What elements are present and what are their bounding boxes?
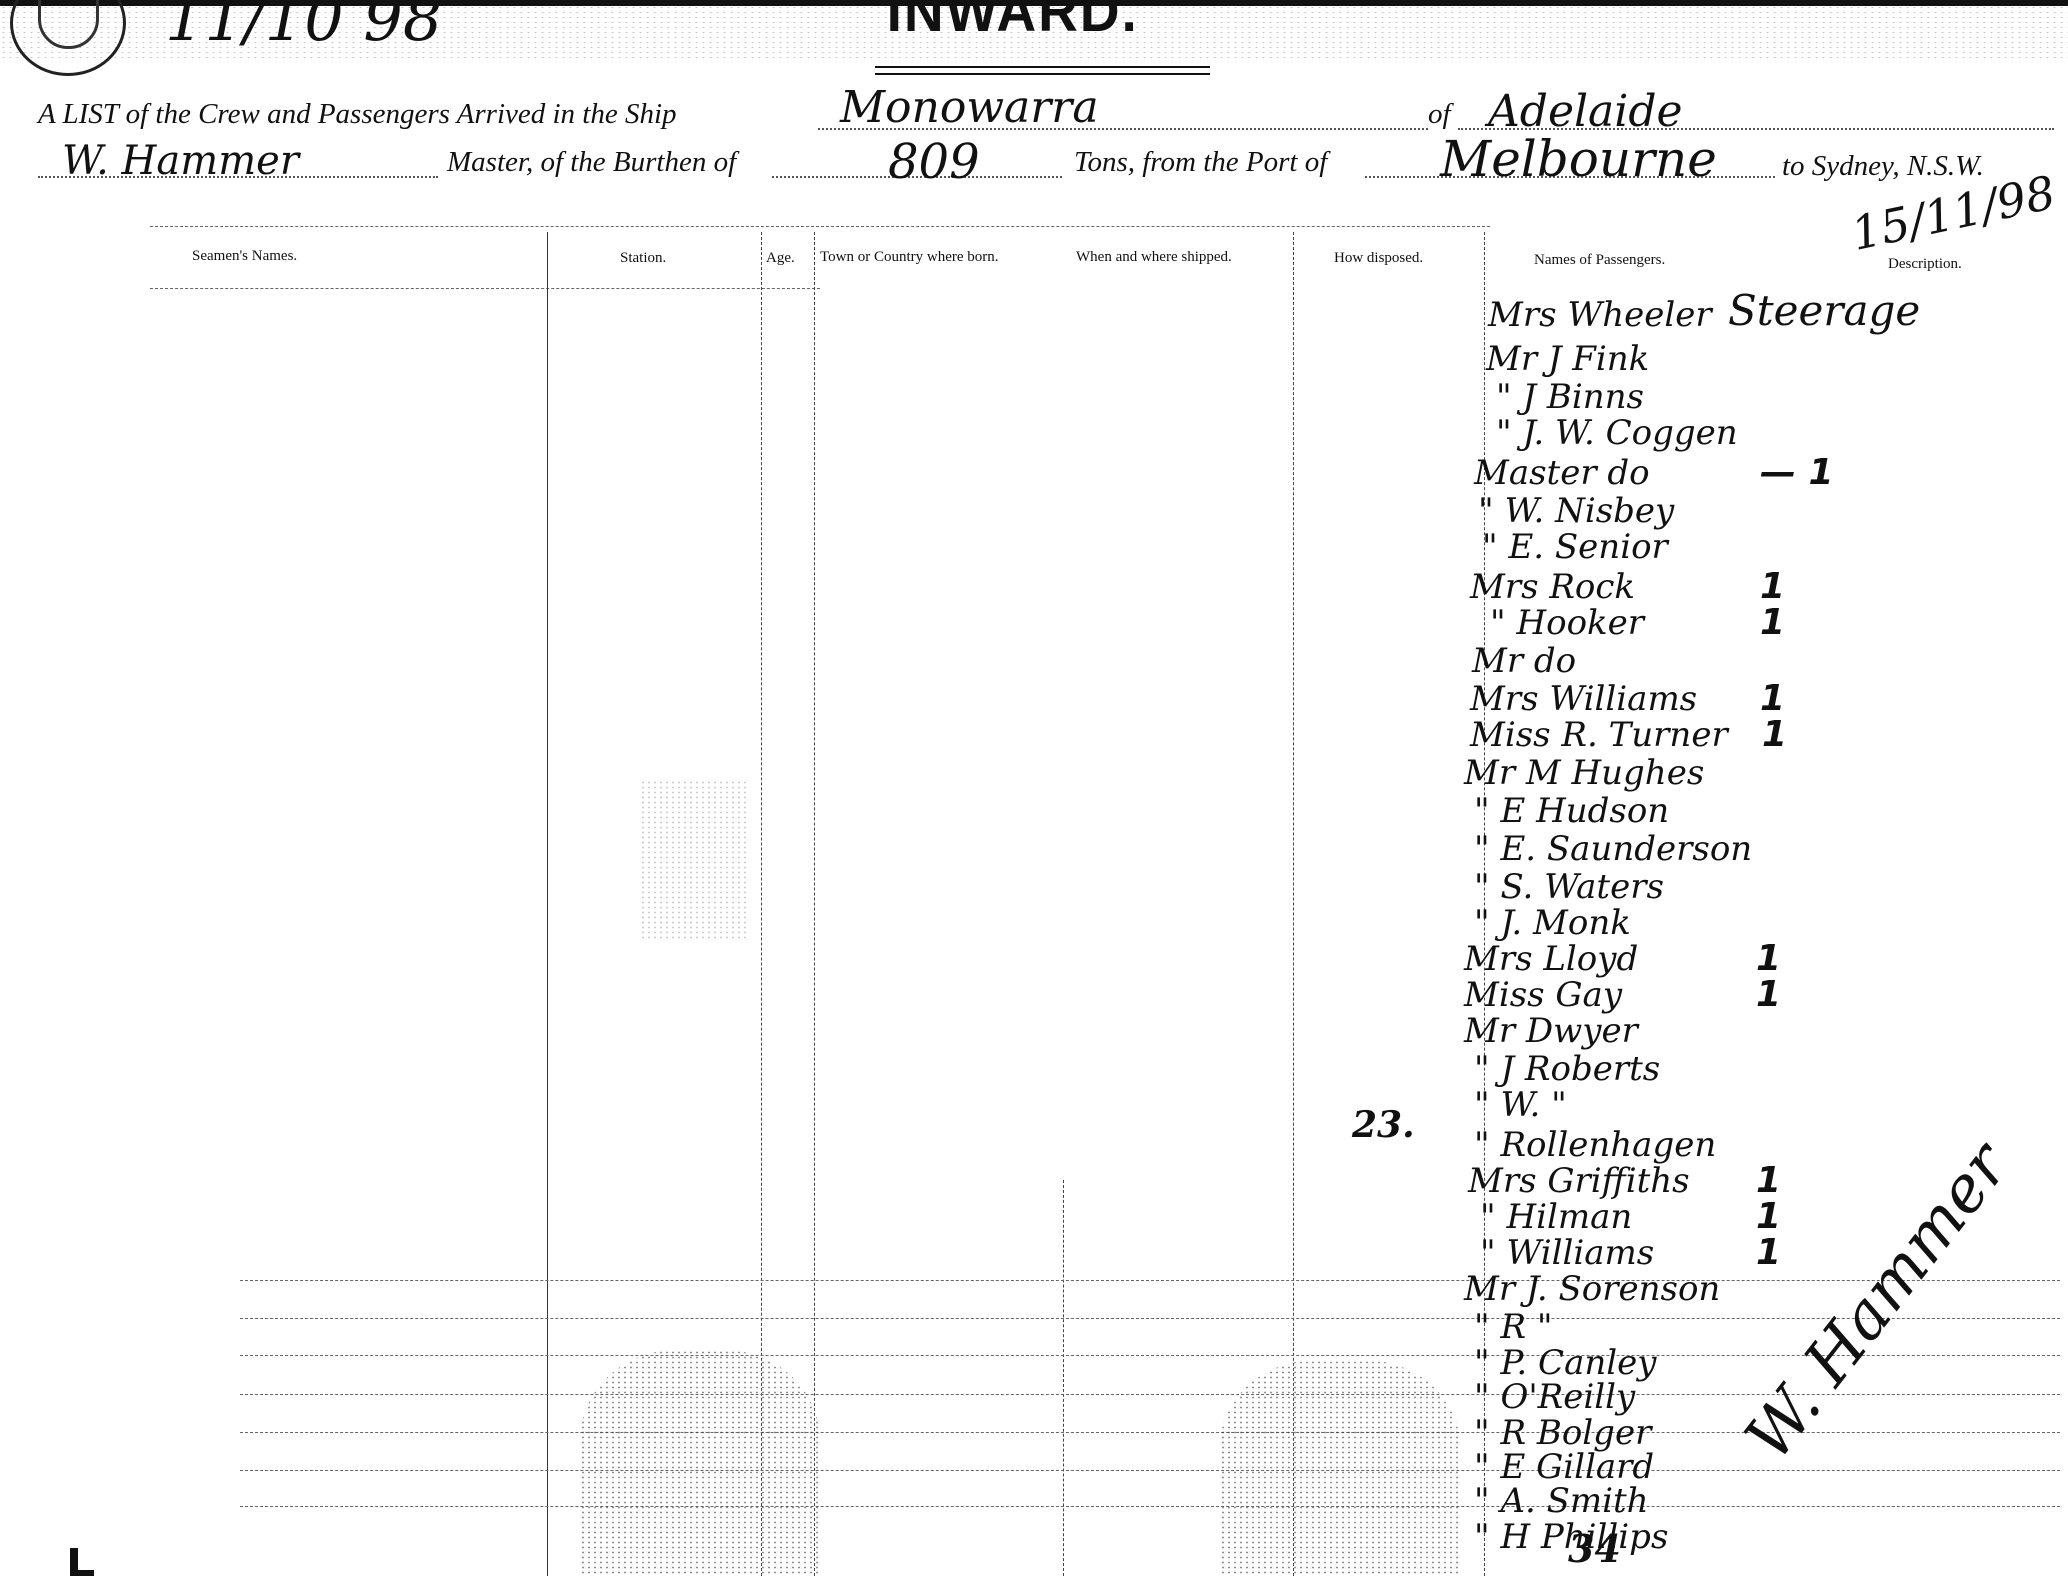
passenger-name: Mrs Williams <box>1470 682 1697 716</box>
scan-noise <box>580 1350 820 1576</box>
passenger-name: " W. " <box>1474 1088 1567 1122</box>
passenger-name: Miss Gay <box>1464 978 1622 1012</box>
passenger-name: " J Binns <box>1496 380 1644 414</box>
passenger-name: " R Bolger <box>1474 1416 1651 1450</box>
passenger-name: " Williams <box>1480 1236 1654 1270</box>
passenger-count-mark: 1 <box>1760 566 1785 607</box>
row-rule <box>240 1506 2060 1507</box>
passenger-name: " J Roberts <box>1474 1052 1660 1086</box>
passenger-name: " E Gillard <box>1474 1450 1654 1484</box>
col-divider-1 <box>547 232 548 1576</box>
of-label: of <box>1428 98 1451 131</box>
passenger-name: Mrs Lloyd <box>1464 942 1638 976</box>
passenger-count-mark: 1 <box>1756 1196 1781 1237</box>
row-rule <box>240 1318 2060 1319</box>
passenger-count-mark: 1 <box>1756 974 1781 1015</box>
col-divider-4 <box>1063 1180 1064 1576</box>
page-title: INWARD. <box>887 0 1139 45</box>
scan-noise <box>640 780 750 940</box>
passenger-name: Mrs Griffiths <box>1468 1164 1690 1198</box>
passenger-name: Master do <box>1474 456 1650 490</box>
passenger-count-mark: 1 <box>1756 938 1781 979</box>
col-when-where-shipped: When and where shipped. <box>1076 249 1232 266</box>
passenger-name: " Hooker <box>1490 606 1644 640</box>
passenger-name: " A. Smith <box>1474 1484 1649 1518</box>
passenger-name: Mr Dwyer <box>1464 1014 1638 1048</box>
passenger-count-mark: 1 <box>1756 1232 1781 1273</box>
passenger-name: Mr M Hughes <box>1464 756 1704 790</box>
table-header-bottom-rule <box>150 288 820 289</box>
passenger-description: Steerage <box>1728 290 1920 332</box>
passenger-name: " S. Waters <box>1474 870 1664 904</box>
master-name: W. Hammer <box>62 138 299 184</box>
passenger-name: Mrs Rock <box>1470 570 1635 604</box>
col-station: Station. <box>620 250 666 267</box>
passenger-name: " Hilman <box>1480 1200 1632 1234</box>
destination: to Sydney, N.S.W. <box>1782 150 1984 183</box>
corner-handwritten-mark: 11/10 98 <box>165 0 442 55</box>
col-seamens-names: Seamen's Names. <box>192 248 297 265</box>
passenger-name: " J. Monk <box>1474 906 1631 940</box>
passenger-name: " W. Nisbey <box>1478 494 1674 528</box>
passenger-name: " O'Reilly <box>1474 1380 1635 1414</box>
col-how-disposed: How disposed. <box>1334 250 1423 267</box>
passenger-count-mark: 1 <box>1760 678 1785 719</box>
passenger-count-mark: — 1 <box>1760 452 1834 493</box>
col-passenger-names: Names of Passengers. <box>1534 252 1665 269</box>
title-underline <box>875 66 1210 75</box>
col-description: Description. <box>1888 256 1962 273</box>
row-rule <box>240 1280 2060 1281</box>
seal-stamp-icon <box>10 0 126 76</box>
passenger-count-mark: 1 <box>1756 1160 1781 1201</box>
passenger-count-mark: 1 <box>1762 714 1787 755</box>
passenger-name: " P. Canley <box>1474 1346 1656 1380</box>
count-note: 23. <box>1352 1104 1415 1146</box>
passenger-name: " J. W. Coggen <box>1496 416 1738 450</box>
master-label: Master, of the Burthen of <box>447 146 736 179</box>
corner-mark <box>70 1570 94 1576</box>
passenger-name: " E. Senior <box>1482 530 1668 564</box>
passenger-name: " E Hudson <box>1474 794 1669 828</box>
passenger-name: " E. Saunderson <box>1474 832 1752 866</box>
scan-noise <box>1220 1360 1460 1576</box>
passenger-total: 34 <box>1568 1526 1621 1571</box>
passenger-name: Mr J Fink <box>1486 342 1649 376</box>
passenger-name: Mr do <box>1472 644 1576 678</box>
col-town-born: Town or Country where born. <box>820 249 999 266</box>
passenger-name: Mr J. Sorenson <box>1464 1272 1720 1306</box>
col-age: Age. <box>766 250 795 267</box>
passenger-name: " R " <box>1474 1310 1553 1344</box>
passenger-name: Mrs Wheeler <box>1488 298 1712 332</box>
tonnage: 809 <box>888 134 980 190</box>
tons-label: Tons, from the Port of <box>1074 146 1327 179</box>
table-top-rule <box>150 226 1490 227</box>
passenger-name: Miss R. Turner <box>1470 718 1728 752</box>
passenger-name: " Rollenhagen <box>1474 1128 1716 1162</box>
passenger-count-mark: 1 <box>1760 602 1785 643</box>
list-heading-prefix: A LIST of the Crew and Passengers Arrive… <box>38 98 677 131</box>
ship-name: Monowarra <box>840 82 1099 133</box>
from-port: Melbourne <box>1440 130 1717 188</box>
col-divider-3 <box>814 232 815 1576</box>
